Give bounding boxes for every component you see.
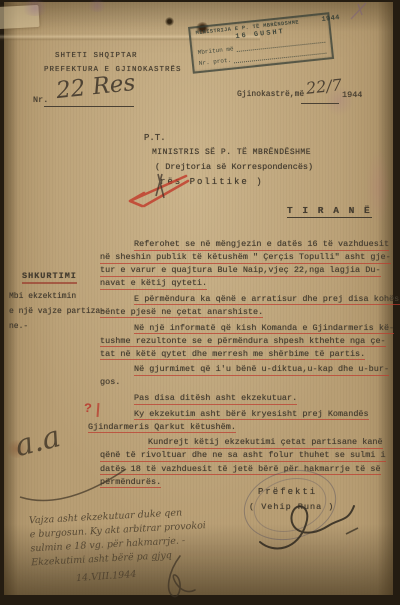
subject-text: Mbi ekzektimine një vajze partiza-ne.-	[9, 289, 109, 334]
subject-line: Mbi ekzektimin	[9, 289, 109, 304]
letterhead-country: SHTETI SHQIPTAR	[55, 52, 138, 60]
body-line: përmëndurës.	[100, 476, 396, 489]
subject-line: e një vajze partiza-	[9, 304, 109, 319]
addressee-city: T I R A N Ë	[287, 205, 372, 218]
dateline-underline	[301, 103, 339, 104]
body-line: Gjindarmeris Qarkut këtushëm.	[88, 421, 396, 434]
red-crossout-arrow	[112, 168, 192, 214]
body-line: navat e këtij qyteti.	[100, 277, 396, 290]
red-question-mark: ?	[83, 401, 92, 417]
body-line: E përmëndura ka qënë e arratisur dhe pre…	[100, 293, 396, 306]
body-line: në sheshin publik të këtushëm " Çerçis T…	[100, 251, 396, 264]
body-line: datës 18 të vazhduesit të jetë bërë për …	[100, 463, 396, 476]
number-underline	[44, 106, 134, 107]
subject-line: ne.-	[9, 319, 109, 334]
dateline-day-handwritten: 22/7	[305, 75, 343, 98]
body-line: tushme rezultonte se e përmëndura shpesh…	[100, 335, 396, 348]
subject-label: SHKURTIMI	[22, 271, 77, 284]
dateline-year: 1944	[342, 90, 362, 100]
pencil-curve	[2, 455, 132, 505]
scanned-document: SHTETI SHQIPTAR PREFEKTURA E GJINOKASTRË…	[0, 0, 400, 605]
salutation: P.T.	[144, 133, 166, 143]
body-text: Referohet se në mëngjezin e datës 16 të …	[100, 238, 396, 489]
body-line: Pas disa ditësh asht ekzekutuar.	[100, 392, 396, 405]
dateline-place: Gjinokastrë,më	[237, 90, 304, 99]
body-line: tur e varur e quajtura Bule Naip,vjeç 22…	[100, 264, 396, 277]
body-line: tat në këtë qytet dhe merresh me shërbim…	[100, 348, 396, 361]
body-line: Referohet se në mëngjezin e datës 16 të …	[100, 238, 396, 251]
body-line: qënë të rivoltuar dhe ne sa asht folur t…	[100, 449, 396, 462]
body-line: gos.	[100, 376, 396, 389]
body-line: Në një informatë që kish Komanda e Gjind…	[100, 322, 396, 335]
pencil-signature	[150, 552, 205, 600]
body-line: Në gjurmimet që i'u bënë u-diktua,u-kap …	[100, 363, 396, 376]
ink-signature	[250, 494, 362, 556]
pencil-note: Vajza asht ekzekutuar duke qene burgosun…	[29, 504, 237, 571]
corner-pencil-mark	[345, 0, 375, 22]
body-line: bënte pjesë ne çetat anarshiste.	[100, 306, 396, 319]
body-line: Ky ekzekutim asht bërë kryesisht prej Ko…	[100, 408, 396, 421]
number-label: Nr.	[33, 95, 48, 105]
addressee-ministry: MINISTRIS SË P. TË MBRËNDËSHME	[152, 148, 311, 157]
body-line: Kundrejt këtij ekzekutimi çetat partisan…	[100, 436, 396, 449]
